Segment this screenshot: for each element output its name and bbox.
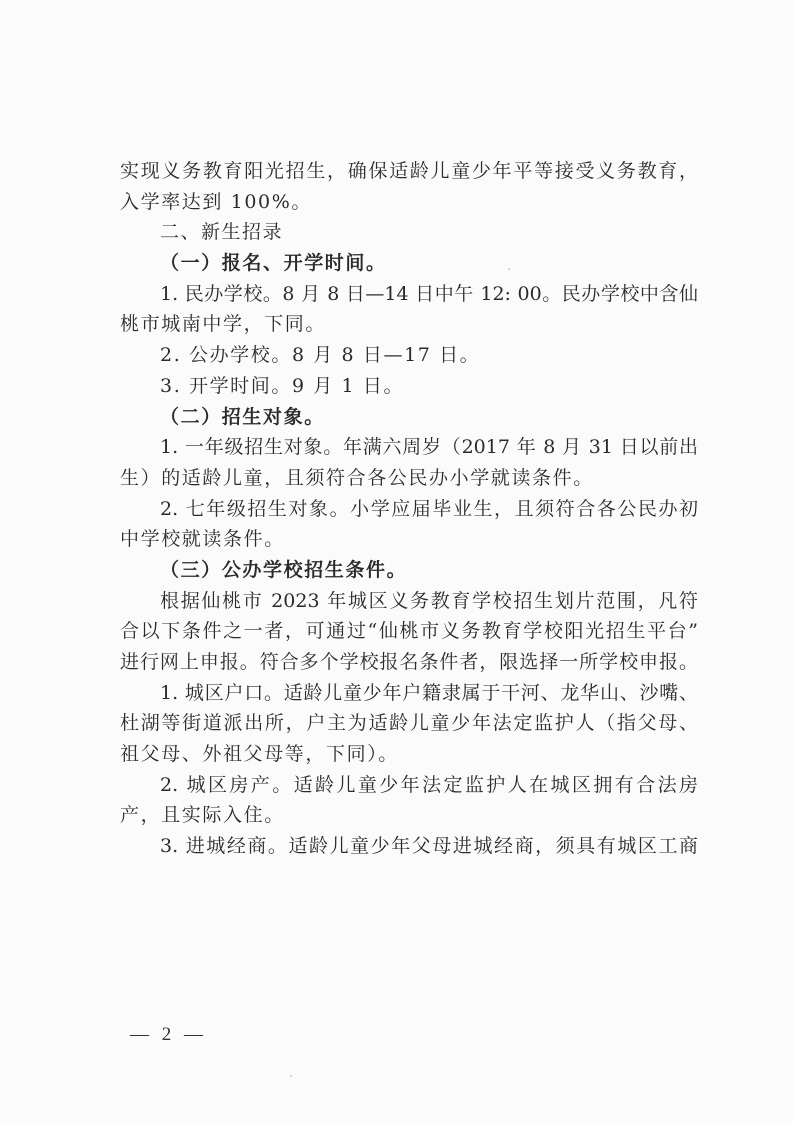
paragraph-line: 生）的适龄儿童，且须符合各公民办小学就读条件。	[120, 463, 698, 494]
subsection-heading: （三）公办学校招生条件。	[120, 555, 698, 586]
paragraph-line: 实现义务教育阳光招生，确保适龄儿童少年平等接受义务教育，	[120, 156, 698, 187]
list-item: 2. 公办学校。8 月 8 日—17 日。	[120, 340, 698, 371]
paragraph-line: 杜湖等街道派出所，户主为适龄儿童少年法定监护人（指父母、	[120, 708, 698, 739]
paragraph-line: 产，且实际入住。	[120, 800, 698, 831]
paragraph-line: 进行网上申报。符合多个学校报名条件者，限选择一所学校申报。	[120, 647, 698, 678]
page-number: — 2 —	[130, 1024, 207, 1046]
list-item: 3. 进城经商。适龄儿童少年父母进城经商，须具有城区工商	[120, 831, 698, 862]
scan-speck	[290, 1075, 292, 1077]
list-item: 3. 开学时间。9 月 1 日。	[120, 371, 698, 402]
document-page: 实现义务教育阳光招生，确保适龄儿童少年平等接受义务教育， 入学率达到 100%。…	[120, 156, 698, 862]
list-item: 1. 一年级招生对象。年满六周岁（2017 年 8 月 31 日以前出	[120, 432, 698, 463]
list-item: 1. 城区户口。适龄儿童少年户籍隶属于干河、龙华山、沙嘴、	[120, 678, 698, 709]
paragraph-line: 入学率达到 100%。	[120, 187, 698, 218]
section-heading: 二、新生招录	[120, 217, 698, 248]
paragraph-line: 中学校就读条件。	[120, 524, 698, 555]
subsection-heading: （二）招生对象。	[120, 402, 698, 433]
scan-speck	[508, 268, 510, 270]
list-item: 1. 民办学校。8 月 8 日—14 日中午 12: 00。民办学校中含仙	[120, 279, 698, 310]
paragraph-line: 桃市城南中学，下同。	[120, 309, 698, 340]
list-item: 2. 七年级招生对象。小学应届毕业生，且须符合各公民办初	[120, 494, 698, 525]
subsection-heading: （一）报名、开学时间。	[120, 248, 698, 279]
list-item: 2. 城区房产。适龄儿童少年法定监护人在城区拥有合法房	[120, 770, 698, 801]
paragraph-line: 合以下条件之一者，可通过“仙桃市义务教育学校阳光招生平台”	[120, 616, 698, 647]
paragraph-line: 祖父母、外祖父母等，下同）。	[120, 739, 698, 770]
paragraph-line: 根据仙桃市 2023 年城区义务教育学校招生划片范围，凡符	[120, 586, 698, 617]
